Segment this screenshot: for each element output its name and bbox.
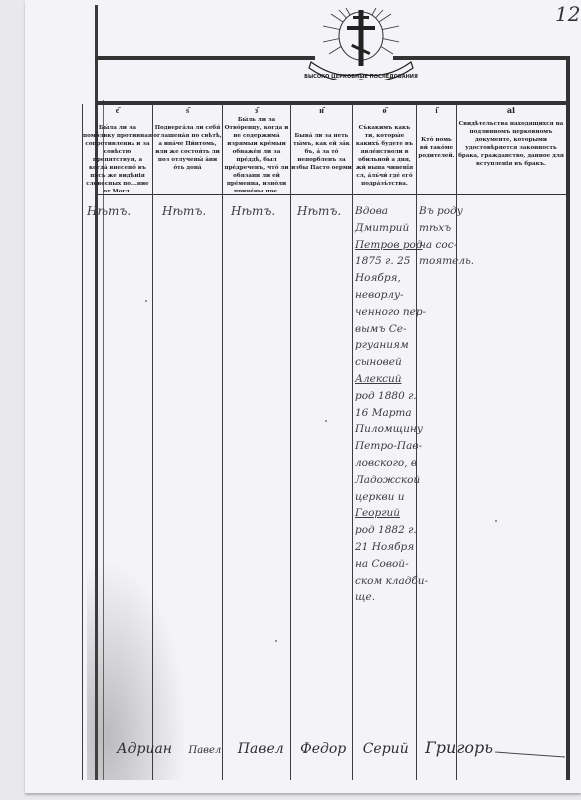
entry-line: 1875 г. 25 [355, 253, 417, 270]
entry-col8: Нѣтъ. [297, 203, 341, 220]
column-header-text: Бы́ла ли за помо́лвку противная сопротив… [83, 125, 152, 192]
column-header-7: з҃ Бы́ль ли за Отво́ренцу, когда и не со… [223, 106, 290, 192]
scan-speck [495, 520, 497, 522]
header-top-rule [95, 101, 570, 105]
signature-flourish [495, 752, 565, 758]
entry-col7: Нѣтъ. [231, 203, 275, 220]
signature-line: Адриан Павел Павел Федор Серий Григорь [117, 738, 505, 757]
header-bottom-rule [98, 194, 568, 195]
entry-line: Вдова [355, 203, 417, 220]
signature: Адриан [117, 741, 172, 757]
column-header-6: ѕ҃ Подверга́ла ли себя́ оглашена́я по св… [153, 106, 222, 192]
signature: Федор [300, 741, 346, 757]
column-number: ѳ҃ [353, 106, 416, 114]
column-header-11: аі Свидѣтельства находящихся на подлинно… [457, 106, 565, 192]
column-header-text: Бы́ль ли за Отво́ренцу, когда и не содер… [224, 117, 288, 192]
entry-line: Пиломщину [355, 421, 417, 438]
entry-line: 16 Марта [355, 405, 417, 422]
signature: Григорь [425, 738, 493, 757]
entry-line: род 1882 г. [355, 522, 417, 539]
column-number: з҃ [223, 106, 290, 114]
column-divider [222, 104, 223, 780]
column-header-text: Кто́ номь ви́ тако́ме родителей. [418, 137, 454, 159]
column-header-text: Съ́какимъ какъ ти, которы́е какихъ́ буде… [356, 125, 413, 187]
column-header-text: Быва́ ли за неть ты́мъ, как ей за́к бъ, … [291, 133, 352, 171]
entry-col10: Въ роду тѣхъ на сос- тоятель. [419, 203, 459, 270]
column-number: ѕ҃ [153, 106, 222, 114]
column-divider [152, 104, 153, 780]
column-number: аі [457, 106, 565, 114]
column-divider [82, 104, 83, 780]
document-page: ВЫСОКО ЦЕРКОВНЫЕ ПОСЛЕДОВАНИЯ 12 є҃ Бы́л… [25, 0, 581, 793]
entry-line: вымъ Се- [355, 321, 417, 338]
page-number: 12 [555, 2, 580, 26]
scan-speck [145, 300, 147, 302]
top-rule-left [95, 56, 315, 60]
entry-col9: Вдова Дмитрий Петров род 1875 г. 25 Нояб… [355, 203, 417, 606]
entry-line: на Совой- [355, 556, 417, 573]
entry-line: ще. [355, 589, 417, 606]
frame-right-border [566, 60, 570, 780]
entry-col6: Нѣтъ. [162, 203, 206, 220]
entry-line: Петров род [355, 237, 417, 254]
entry-line: церкви и [355, 489, 417, 506]
signature: Павел [238, 741, 284, 757]
entry-line: Петро-Пав- [355, 438, 417, 455]
entry-line: тоятель. [419, 253, 459, 270]
entry-line: тѣхъ [419, 220, 459, 237]
column-header-5: є҃ Бы́ла ли за помо́лвку противная сопро… [83, 106, 152, 192]
entry-line: Въ роду [419, 203, 459, 220]
column-header-text: Свидѣтельства находящихся на подлинномъ … [458, 121, 564, 167]
orthodox-cross-emblem-icon: ВЫСОКО ЦЕРКОВНЫЕ ПОСЛЕДОВАНИЯ [301, 4, 421, 80]
entry-line: сыновей [355, 354, 417, 371]
entry-line: Дмитрий [355, 220, 417, 237]
entry-col5: Нѣтъ. [87, 203, 131, 220]
entry-line: ском кладби- [355, 573, 417, 590]
column-divider [290, 104, 291, 780]
column-number: і҃ [417, 106, 456, 114]
entry-line: Алексий [355, 371, 417, 388]
emblem-ribbon-text: ВЫСОКО ЦЕРКОВНЫЕ ПОСЛЕДОВАНИЯ [304, 74, 418, 80]
column-header-9: ѳ҃ Съ́какимъ какъ ти, которы́е какихъ́ б… [353, 106, 416, 192]
entry-line: Ноября, [355, 270, 417, 287]
column-divider [352, 104, 353, 780]
column-header-8: и҃ Быва́ ли за неть ты́мъ, как ей за́к б… [291, 106, 352, 192]
scan-speck [325, 420, 327, 422]
entry-line: на сос- [419, 237, 459, 254]
signature: Серий [363, 741, 409, 757]
entry-line: невоpлу- [355, 287, 417, 304]
entry-line: ловского, в [355, 455, 417, 472]
entry-line: ргуаниям [355, 337, 417, 354]
entry-line: 21 Ноября [355, 539, 417, 556]
column-number: и҃ [291, 106, 352, 114]
column-number: є҃ [83, 106, 152, 114]
signature: Павел [188, 745, 221, 756]
entry-line: Георгий [355, 505, 417, 522]
entry-line: род 1880 г. [355, 388, 417, 405]
scan-speck [275, 640, 277, 642]
column-header-10: і҃ Кто́ номь ви́ тако́ме родителей. [417, 106, 456, 192]
entry-line: ченного пер- [355, 304, 417, 321]
column-header-text: Подверга́ла ли себя́ оглашена́я по свѣтѣ… [153, 125, 221, 171]
entry-line: Ладожской [355, 472, 417, 489]
